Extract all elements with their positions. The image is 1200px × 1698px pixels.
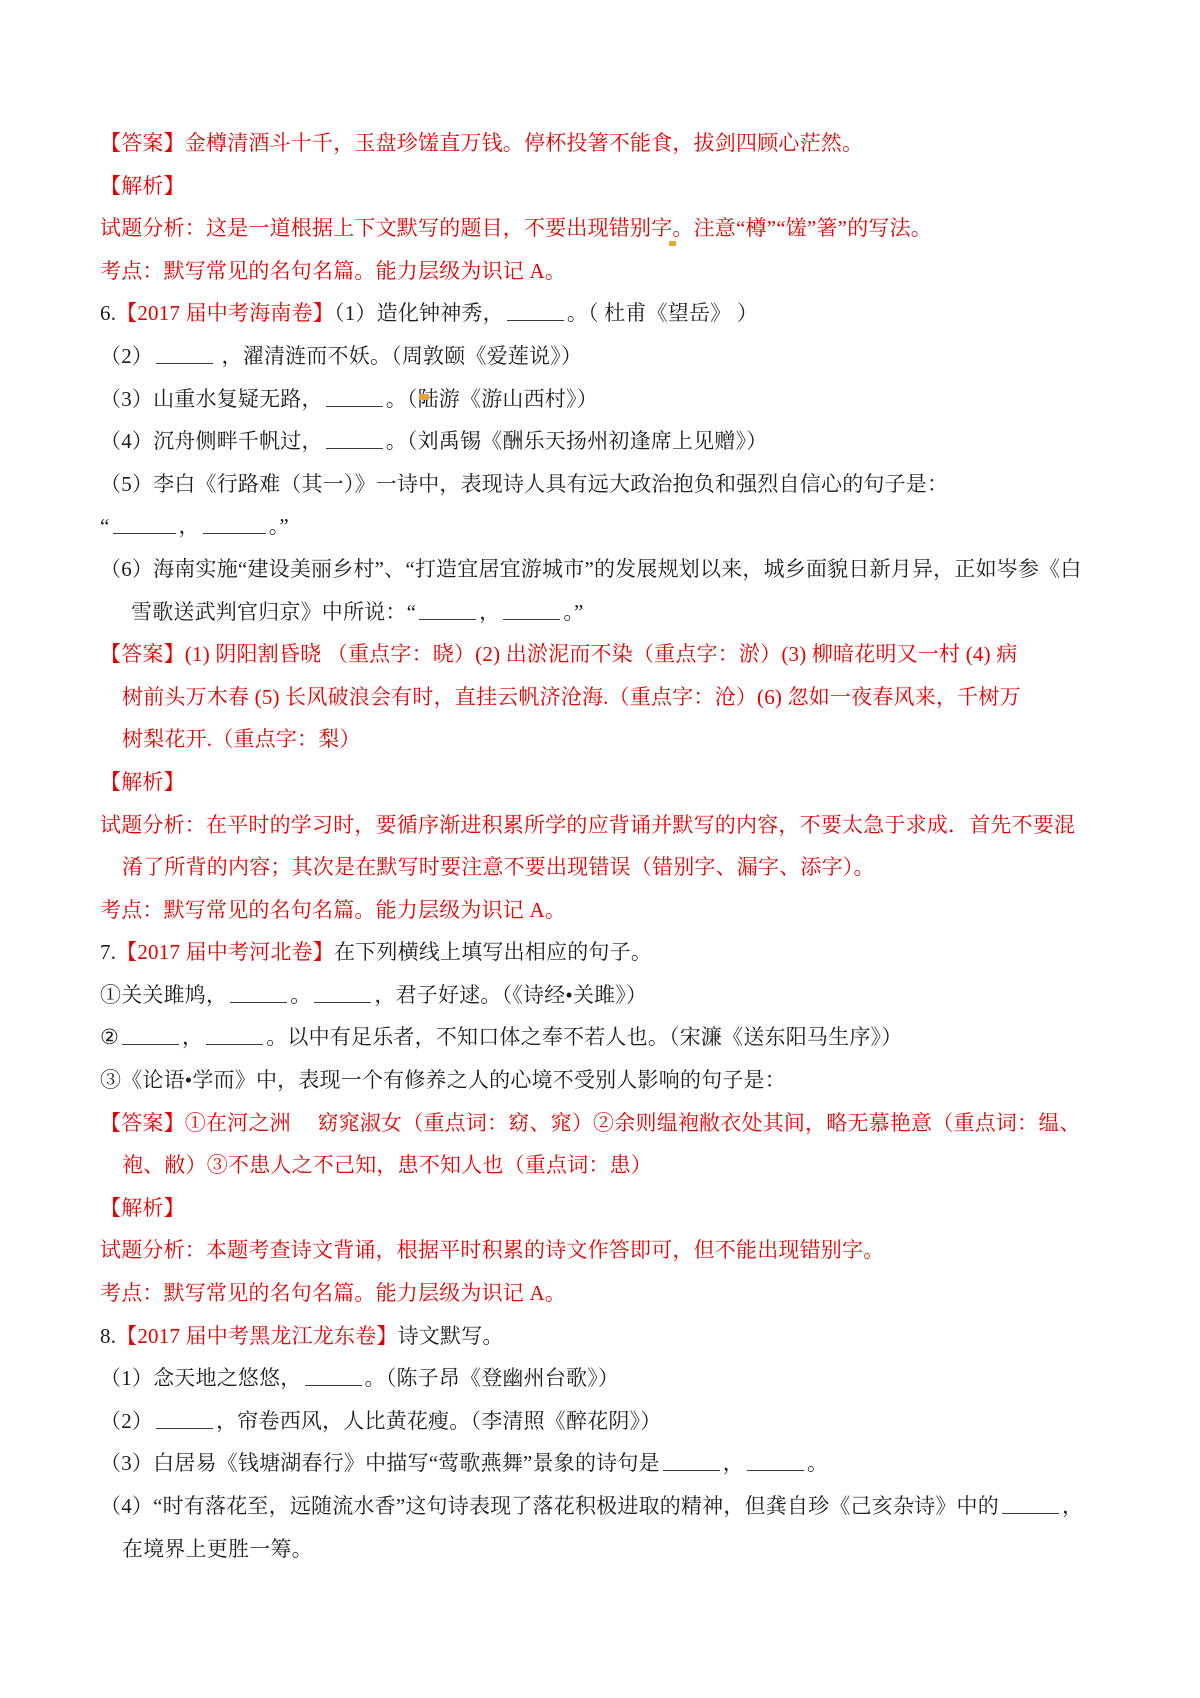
fill-in-blank [113,530,176,534]
text-run: 。（刘禹锡《酬乐天扬州初逢席上见赠》） [386,429,768,453]
text-line: （1）念天地之悠悠，。（陈子昂《登幽州台歌》） [100,1357,1110,1400]
fill-in-blank [122,1041,179,1045]
text-run: 【2017 届中考黑龙江龙东卷】 [116,1324,397,1348]
fill-in-blank [203,530,266,534]
text-run: 。（ 杜甫《望岳》 ） [567,301,758,325]
text-line: 7.【2017 届中考河北卷】在下列横线上填写出相应的句子。 [100,931,1110,974]
text-line: （5）李白《行路难（其一）》一诗中，表现诗人具有远大政治抱负和强烈自信心的句子是… [100,463,1110,506]
text-run: ，濯清涟而不妖。（周敦颐《爱莲说》） [216,344,582,368]
text-run: ， [723,1451,744,1475]
text-run: 8. [100,1324,116,1348]
text-run: （4）“时有落花至，远随流水香”这句诗表现了落花积极进取的精神，但龚自珍《己亥杂… [100,1494,999,1518]
text-run: 6. [100,301,116,325]
text-run: （6）海南实施“建设美丽乡村”、“打造宜居宜游城市”的发展规划以来，城乡面貌日新… [100,557,1082,581]
fill-in-blank [305,1382,362,1386]
text-run: 。” [269,514,289,538]
text-run: 诗文默写。 [398,1324,504,1348]
text-line: 考点：默写常见的名句名篇。能力层级为识记 A。 [100,1272,1110,1315]
text-run: 。以中有足乐者，不知口体之奉不若人也。（宋濂《送东阳马生序》） [266,1025,902,1049]
text-run: 试题分析：这是一道根据上下文默写的题目，不要出现错别字。注意“樽”“馐”箸”的写… [100,216,932,240]
fill-in-blank [326,445,383,449]
text-run: ， [1062,1494,1083,1518]
text-line: 树梨花开.（重点字：梨） [100,718,1110,761]
text-run: 淆了所背的内容；其次是在默写时要注意不要出现错误（错别字、漏字、添字）。 [122,855,875,879]
text-run: 【解析】 [100,770,185,794]
text-line: 6.【2017 届中考海南卷】（1）造化钟神秀，。（ 杜甫《望岳》 ） [100,292,1110,335]
text-line: 考点：默写常见的名句名篇。能力层级为识记 A。 [100,250,1110,293]
text-run: 考点：默写常见的名句名篇。能力层级为识记 A。 [100,259,566,283]
text-run: （5）李白《行路难（其一）》一诗中，表现诗人具有远大政治抱负和强烈自信心的句子是… [100,472,948,496]
text-run: ， [182,1025,203,1049]
text-line: 袍、敝）③不患人之不己知，患不知人也（重点词：患） [100,1144,1110,1187]
fill-in-blank [503,616,560,620]
text-line: （2），帘卷西风，人比黄花瘦。（李清照《醉花阴》） [100,1400,1110,1443]
text-run: （3）白居易《钱塘湖春行》中描写“莺歌燕舞”景象的诗句是 [100,1451,660,1475]
text-run: 在下列横线上填写出相应的句子。 [334,940,652,964]
text-run: 。（陈子昂《登幽州台歌》） [365,1366,620,1390]
fill-in-blank [156,360,213,364]
text-run: 树梨花开.（重点字：梨） [122,727,361,751]
text-run: 雪歌送武判官归京》中所说：“ [131,600,416,624]
text-run: 试题分析：本题考查诗文背诵，根据平时积累的诗文作答即可，但不能出现错别字。 [100,1238,884,1262]
fill-in-blank [326,403,383,407]
text-run: 试题分析：在平时的学习时，要循序渐进积累所学的应背诵并默写的内容，不要太急于求成… [100,813,1075,837]
text-line: “，。” [100,505,1110,548]
text-run: 【答案】金樽清酒斗十千，玉盘珍馐直万钱。停杯投箸不能食，拔剑四顾心茫然。 [100,131,863,155]
text-run: 树前头万木春 (5) 长风破浪会有时，直挂云帆济沧海.（重点字：沧）(6) 忽如… [122,685,1021,709]
text-run: （1）造化钟神秀， [334,301,504,325]
text-run: ①关关雎鸠， [100,983,227,1007]
text-line: 【解析】 [100,165,1110,208]
text-run: ，帘卷西风，人比黄花瘦。（李清照《醉花阴》） [216,1409,661,1433]
fill-in-blank [419,616,476,620]
text-line: （2） ，濯清涟而不妖。（周敦颐《爱莲说》） [100,335,1110,378]
text-line: 试题分析：在平时的学习时，要循序渐进积累所学的应背诵并默写的内容，不要太急于求成… [100,804,1110,847]
spellcheck-mark [669,241,676,246]
text-run: “ [100,514,110,538]
text-line: ①关关雎鸠，。，君子好逑。（《诗经•关雎》） [100,974,1110,1017]
text-run: 【解析】 [100,174,185,198]
text-line: （3）白居易《钱塘湖春行》中描写“莺歌燕舞”景象的诗句是，。 [100,1442,1110,1485]
text-run: ② [100,1025,119,1049]
text-run: ， [479,600,500,624]
fill-in-blank [1002,1510,1059,1514]
text-run: 在境界上更胜一筹。 [122,1537,313,1561]
text-line: 淆了所背的内容；其次是在默写时要注意不要出现错误（错别字、漏字、添字）。 [100,846,1110,889]
text-run: 袍、敝）③不患人之不己知，患不知人也（重点词：患） [122,1153,652,1177]
text-run: 。（陆游《游山西村》） [386,387,598,411]
document-page: 【答案】金樽清酒斗十千，玉盘珍馐直万钱。停杯投箸不能食，拔剑四顾心茫然。【解析】… [100,122,1110,1570]
fill-in-blank [206,1041,263,1045]
text-run: （4）沉舟侧畔千帆过， [100,429,323,453]
fill-in-blank [507,317,564,321]
text-line: 考点：默写常见的名句名篇。能力层级为识记 A。 [100,889,1110,932]
text-line: 【解析】 [100,1187,1110,1230]
text-line: 试题分析：这是一道根据上下文默写的题目，不要出现错别字。注意“樽”“馐”箸”的写… [100,207,1110,250]
text-line: （3）山重水复疑无路，。（陆游《游山西村》） [100,378,1110,421]
text-line: 在境界上更胜一筹。 [100,1528,1110,1571]
fill-in-blank [747,1467,804,1471]
text-run: 【答案】①在河之洲 窈窕淑女（重点词：窈、窕）②余则缊袍敝衣处其间，略无慕艳意（… [100,1111,1081,1135]
text-run: （1）念天地之悠悠， [100,1366,302,1390]
text-line: 【答案】(1) 阴阳割昏晓 （重点字：晓）(2) 出淤泥而不染（重点字：淤）(3… [100,633,1110,676]
text-run: 【2017 届中考海南卷】 [116,301,334,325]
text-run: 。 [290,983,311,1007]
text-line: 雪歌送武判官归京》中所说：“，。” [100,591,1110,634]
text-line: （6）海南实施“建设美丽乡村”、“打造宜居宜游城市”的发展规划以来，城乡面貌日新… [100,548,1110,591]
fill-in-blank [663,1467,720,1471]
text-line: 8.【2017 届中考黑龙江龙东卷】诗文默写。 [100,1315,1110,1358]
text-line: 【解析】 [100,761,1110,804]
fill-in-blank [314,999,371,1003]
text-run: 。” [563,600,583,624]
text-line: ②，。以中有足乐者，不知口体之奉不若人也。（宋濂《送东阳马生序》） [100,1016,1110,1059]
text-line: （4）沉舟侧畔千帆过，。（刘禹锡《酬乐天扬州初逢席上见赠》） [100,420,1110,463]
fill-in-blank [230,999,287,1003]
text-run: （2） [100,1409,153,1433]
text-run: （3）山重水复疑无路， [100,387,323,411]
text-line: （4）“时有落花至，远随流水香”这句诗表现了落花积极进取的精神，但龚自珍《己亥杂… [100,1485,1110,1528]
text-run: ，君子好逑。（《诗经•关雎》） [374,983,647,1007]
text-line: 树前头万木春 (5) 长风破浪会有时，直挂云帆济沧海.（重点字：沧）(6) 忽如… [100,676,1110,719]
text-line: 【答案】金樽清酒斗十千，玉盘珍馐直万钱。停杯投箸不能食，拔剑四顾心茫然。 [100,122,1110,165]
text-line: 【答案】①在河之洲 窈窕淑女（重点词：窈、窕）②余则缊袍敝衣处其间，略无慕艳意（… [100,1102,1110,1145]
spellcheck-mark [419,394,429,400]
text-run: 。 [807,1451,828,1475]
text-line: ③《论语•学而》中，表现一个有修养之人的心境不受别人影响的句子是： [100,1059,1110,1102]
text-run: ， [179,514,200,538]
text-run: 【2017 届中考河北卷】 [116,940,334,964]
text-run: 考点：默写常见的名句名篇。能力层级为识记 A。 [100,898,566,922]
text-run: （2） [100,344,153,368]
text-line: 试题分析：本题考查诗文背诵，根据平时积累的诗文作答即可，但不能出现错别字。 [100,1229,1110,1272]
text-run: 【答案】(1) 阴阳割昏晓 （重点字：晓）(2) 出淤泥而不染（重点字：淤）(3… [100,642,1017,666]
text-run: ③《论语•学而》中，表现一个有修养之人的心境不受别人影响的句子是： [100,1068,786,1092]
fill-in-blank [156,1425,213,1429]
text-run: 7. [100,940,116,964]
text-run: 考点：默写常见的名句名篇。能力层级为识记 A。 [100,1281,566,1305]
text-run: 【解析】 [100,1196,185,1220]
